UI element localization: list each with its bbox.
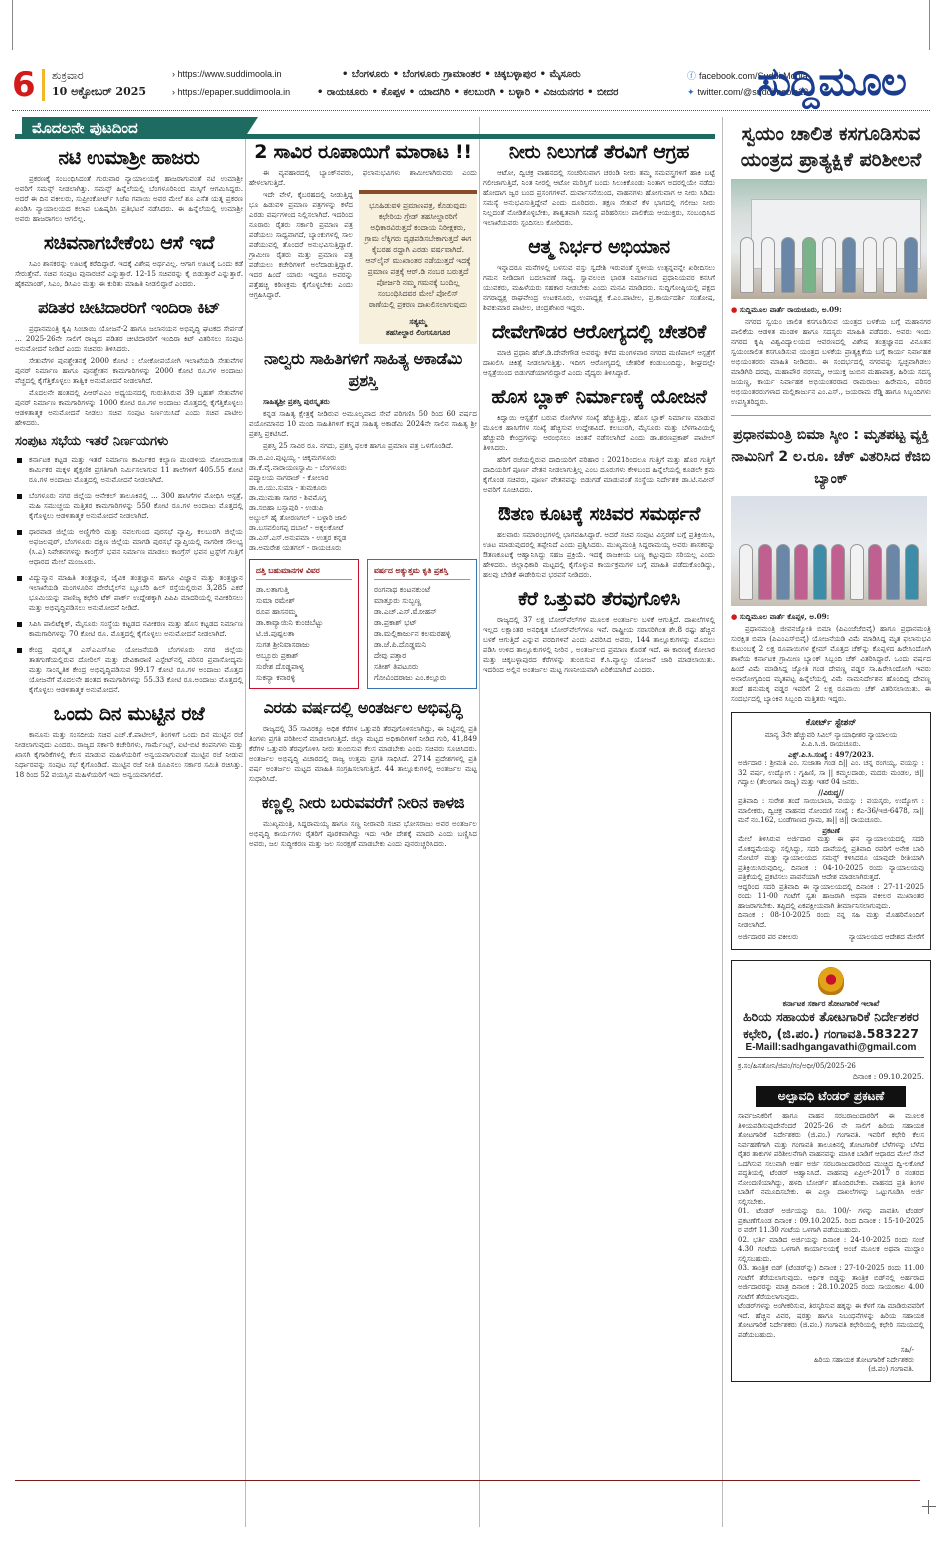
box-item: ಡಾ.ಕಾವ್ಯಾಯಿನಿ ಕುಂಚಿಬೆಟ್ಟು: [256, 617, 352, 628]
article-lake-encroachment: ಕೆರೆ ಒತ್ತುವರಿ ತೆರವುಗೊಳಿಸಿ ರಾಜ್ಯದಲ್ಲಿ 37 …: [483, 588, 715, 675]
column-1: ಮೊದಲನೇ ಪುಟದಿಂದ ನಟಿ ಉಮಾಶ್ರೀ ಹಾಜರು ಪ್ರಕರಣಕ…: [15, 117, 243, 782]
winner: ಡಾ.ಅಮರೇಶ ಯತಗಲ್ - ರಾಯಚೂರು: [249, 543, 477, 553]
edition-cities-row1: • ಬೆಂಗಳೂರು • ಬೆಂಗಳೂರು ಗ್ರಾಮಾಂತರ • ಚಿಕ್ಕಬ…: [342, 69, 581, 80]
masthead: 6 ಶುಕ್ರವಾರ 10 ಅಕ್ಟೋಬರ್ 2025 › https://ww…: [12, 65, 930, 105]
reference-number: ಕ್ರ.ಸಂ/ಹಿಸತೋನಿ/ಜಿಪಂ/ಗಂ/ಅಧೀ/05/2025-26: [738, 1062, 924, 1072]
box-item: ದೇವು ಪತ್ತಾರ: [374, 650, 470, 661]
section-band: ಮೊದಲನೇ ಪುಟದಿಂದ: [22, 117, 258, 139]
edition-cities-row2: • ರಾಯಚೂರು • ಕೊಪ್ಪಳ • ಯಾದಗಿರಿ • ಕಲಬುರಗಿ •…: [317, 87, 618, 98]
headline: ಒಂದು ದಿನ ಮುಟ್ಟಿನ ರಜೆ: [15, 703, 243, 725]
headline: ಹೊಸ ಬ್ಲಾಕ್ ನಿರ್ಮಾಣಕ್ಕೆ ಯೋಜನೆ: [483, 386, 715, 408]
respondent: ಪ್ರತಿವಾದಿ : ಸುರೇಶ ತಂದೆ ಸಾಯಿಬಾಬಾ, ವಯಸ್ಸು …: [738, 797, 924, 826]
article-body: ರಾಜ್ಯದಲ್ಲಿ 37 ಲಕ್ಷ ಬೋರ್‌ವೆಲ್‌ಗಳ ಮೂಲಕ ಅಂತ…: [483, 615, 715, 675]
notice-title: ಕೋರ್ಟ್ ಸ್ಟೇಶನ್: [738, 719, 924, 729]
article-body: ರಾಜ್ಯದಲ್ಲಿ 35 ಸಾವಿರಕ್ಕೂ ಅಧಿಕ ಕೆರೆಗಳ ಒತ್ತ…: [249, 724, 477, 784]
article-body: ಕಾನೂನು ಮತ್ತು ಸಂಸದೀಯ ಸಚಿವ ಎಚ್.ಕೆ.ಪಾಟೀಲ್, …: [15, 730, 243, 780]
subsection-heading: ಸಂಪುಟ ಸಭೆಯ ಇತರೆ ನಿರ್ಣಯಗಳು: [15, 434, 243, 449]
headline: 2 ಸಾವಿರ ರೂಪಾಯಿಗೆ ಮಾರಾಟ !!: [249, 141, 477, 163]
facebook-icon: ⓕ: [687, 71, 696, 81]
box-item: ಟಿ.ಜಿ.ಪುಷ್ಪಲತಾ: [256, 628, 352, 639]
court-notice: ಕೋರ್ಟ್ ಸ್ಟೇಶನ್ ಮಾನ್ಯ 3ನೇ ಹೆಚ್ಚುವರಿ ಸಿವಿಲ…: [731, 712, 931, 950]
bullet-item: ಸಿಪಿಸಿ ಪಾಲಿಟೆಕ್ನಿಕ್, ಮೈಸೂರು ಸಂಸ್ಥೆಯ ಕಟ್ಟ…: [15, 619, 243, 639]
signatory-office: (ಜಿ.ಪಂ) ಗಂಗಾವತಿ.: [738, 1365, 914, 1375]
divider: [731, 415, 931, 416]
article-body: ನಗರದ ಸ್ವಯಂ ಚಾಲಿತ ಕಸಗೂಡಿಸುವ ಯಂತ್ರದ ಬಳಕೆಯ …: [731, 317, 931, 407]
article-body: ಪ್ರಶಸ್ತಿ 25 ಸಾವಿರ ರೂ. ನಗದು, ಪ್ರಶಸ್ತಿ ಫಲಕ…: [249, 441, 477, 451]
article-body: ಕನ್ನಡ ಸಾಹಿತ್ಯ ಕ್ಷೇತ್ರಕ್ಕೆ ನೀಡಿರುವ ಅಮೂಲ್ಯ…: [249, 409, 477, 439]
winner: ಡಾ.ಬಿ.ಎಂ.ಪುಟ್ಟಯ್ಯ - ಚಿಕ್ಕಮಗಳೂರು: [249, 453, 477, 463]
winner-list: ಡಾ.ಬಿ.ಎಂ.ಪುಟ್ಟಯ್ಯ - ಚಿಕ್ಕಮಗಳೂರು ಡಾ.ಕೆ.ವೈ…: [249, 453, 477, 553]
box-item: ಗೋವಿಂದರಾಜು ಎಂ.ಕಲ್ಲೂರು: [374, 672, 470, 683]
notice-body: ಆದ್ದರಿಂದ ಸದರಿ ಪ್ರತಿವಾದಿ ಈ ನ್ಯಾಯಾಲಯದಲ್ಲಿ …: [738, 883, 924, 912]
winner: ಪದ್ಮಾಲಯ ನಾಗರಾಜ್ - ಕೋಲಾರ: [249, 473, 477, 483]
article-body: ಪ್ರಧಾನಮಂತ್ರಿ ಕೃಷಿ ಸಿಂಚಾಯಿ ಯೋಜನೆ-2 ಹಾಗೂ ಜ…: [15, 324, 243, 354]
bullet-item: ಬೆಂಗಳೂರು ನಗರ ಜಿಲ್ಲೆಯ ಆನೇಕಲ್ ತಾಲೂಕಿನಲ್ಲಿ …: [15, 491, 243, 521]
news-photo: [731, 179, 927, 299]
article-lead: ಈ ವ್ಯವಹಾರದಲ್ಲಿ ಬ್ಯಾಂಕ್‌ನವರು, ಫಲಾನುಭವಿಗಳು…: [249, 168, 477, 188]
endowment-awards-box: ದತ್ತಿ ಬಹುಮಾನಗಳ ವಿವರ ಡಾ.ಲತಾಗುತ್ತಿ ಸುಮಾ ರಮ…: [249, 559, 359, 689]
headline: ಎರಡು ವರ್ಷದಲ್ಲಿ ಅಂತರ್ಜಲ ಅಭಿವೃದ್ಧಿ: [249, 697, 477, 719]
signature-left: ಅರ್ಜಿದಾರರ ಪರ ವಕೀಲರು: [738, 933, 798, 943]
box-item: ಸುಗತ ಶ್ರೀನಿವಾಸರಾಜು: [256, 639, 352, 650]
box-item: ಸುರೇಶ ದೊಡ್ಡಪಾಳ್ಯ: [256, 661, 352, 672]
headline: ಪ್ರಧಾನಮಂತ್ರಿ ಬಿಮಾ ಸ್ಕೀಂ : ಮೃತಪಟ್ಟ ವ್ಯಕ್ತ…: [731, 424, 931, 490]
tender-notice: ಕರ್ನಾಟಕ ಸರ್ಕಾರ ತೋಟಗಾರಿಕೆ ಇಲಾಖೆ ಹಿರಿಯ ಸಹಾ…: [731, 960, 931, 1382]
notice-body: ಮೇಲೆ ತಿಳಿಸಿರುವ ಅರ್ಜಿದಾರ ಮತ್ತು ಈ ಘನ ನ್ಯಾಯ…: [738, 835, 924, 883]
winner: ಡಾ.ಕೆ.ವೈ.ನಾರಾಯಣಸ್ವಾಮಿ - ಬೆಂಗಳೂರು: [249, 463, 477, 473]
office-name: ಹಿರಿಯ ಸಹಾಯಕ ತೋಟಗಾರಿಕೆ ನಿರ್ದೇಶಕರ: [738, 1008, 924, 1025]
dateline: ● ಸುದ್ದಿಮೂಲ ವಾರ್ತೆ ರಾಯಚೂರು, ಅ.09:: [731, 305, 931, 315]
article-body: ಸೇತುವೆಗಳ ಪುನಶ್ಚೇತನಕ್ಕೆ 2000 ಕೋಟಿ : ಲೋಕೋಪ…: [15, 356, 243, 386]
article-body: ಪ್ರಧಾನಮಂತ್ರಿ ಜೀವನಜ್ಯೋತಿ ಬಿಮಾ (ಪಿಎಂಜೆಜೆಬಿ…: [731, 624, 931, 704]
people-image: [737, 538, 921, 600]
weekday: ಶುಕ್ರವಾರ: [52, 69, 84, 83]
signatory-title: ಹಿರಿಯ ಸಹಾಯಕ ತೋಟಗಾರಿಕೆ ನಿರ್ದೇಶಕರು: [738, 1356, 914, 1366]
headline: ನಟಿ ಉಮಾಶ್ರೀ ಹಾಜರು: [15, 147, 243, 169]
box-item: ಮಾತ್ತೂರು ಸುಬ್ಬಣ್ಣ: [374, 595, 470, 606]
box-item: ಡಾ.ಪ್ರಕಾಶ್ ಭಟ್: [374, 617, 470, 628]
winner: ಡಾ.ಬಿ.ಯು.ಸುಮಾ - ತುಮಕೂರು: [249, 483, 477, 493]
article-body: ಸಿಎಂ ಶಾಸಕರನ್ನು ಊಟಕ್ಕೆ ಕರೆದಿದ್ದಾರೆ. ಇದಕ್ಕ…: [15, 259, 243, 289]
article-body: ಇನ್ನಾದರೂ ಮನೆಗಳಲ್ಲಿ ಬಳಸುವ ವಸ್ತು ಸ್ವದೇಶಿ ಇ…: [483, 263, 715, 313]
karnataka-emblem-icon: [818, 967, 844, 995]
dateline: ● ಸುದ್ದಿಮೂಲ ವಾರ್ತೆ ಕೊಪ್ಪಳ, ಅ.09:: [731, 612, 931, 622]
article-minister-wish: ಸಚಿವನಾಗಬೇಕೆಂಬ ಆಸೆ ಇದೆ ಸಿಎಂ ಶಾಸಕರನ್ನು ಊಟಕ…: [15, 232, 243, 289]
box-item: ರೂಪ ಹಾಸನಮ್ಮ: [256, 606, 352, 617]
article-indira-kit: ಪಡಿತರ ಚೀಟಿದಾರರಿಗೆ ಇಂದಿರಾ ಕಿಟ್ ಪ್ರಧಾನಮಂತ್…: [15, 297, 243, 428]
column-divider: [722, 117, 723, 1527]
box-title: ದತ್ತಿ ಬಹುಮಾನಗಳ ವಿವರ: [256, 565, 352, 580]
twitter-icon: ✦: [687, 87, 695, 97]
winner: ಡಾ.ಬಸವಲಿಂಗಪ್ಪ ದಬಾಲೆ - ಅಕ್ಕಲಕೋಟೆ: [249, 523, 477, 533]
case-number: ಎಕ್ಸ್.ಪಿ.ಸಿ.ಸಂಖ್ಯೆ : 497/2023.: [738, 750, 924, 760]
headline: ದೇವೇಗೌಡರ ಆರೋಗ್ಯದಲ್ಲಿ ಚೇತರಿಕೆ: [483, 321, 715, 343]
article-sweeper-machine: ಸ್ವಯಂ ಚಾಲಿತ ಕಸಗೂಡಿಸುವ ಯಂತ್ರದ ಪ್ರಾತ್ಯಕ್ಷಿ…: [731, 121, 931, 407]
bullet-item: ಧಾರವಾಡ ಜಿಲ್ಲೆಯ ಅಣ್ಣಿಗೇರಿ ಮತ್ತು ನವಲಗುಂದ ಪ…: [15, 527, 243, 567]
tender-item: 03. ತಾಂತ್ರಿಕ ಬಿಡ್ (ಟೆಂಡರ್‌ನ್ನು) ದಿನಾಂಕ :…: [738, 1264, 924, 1302]
tender-footer: ಟೆಂಡರ್‌ಗಳನ್ನು ಅಂಗೀಕರಿಸುವ, ತಿರಸ್ಕರಿಸುವ ಹಕ…: [738, 1302, 924, 1340]
box-item: ರಂಗನಾಥ ಕಂಟನಕುಂಟೆ: [374, 584, 470, 595]
box-item: ಡಾ.ಲತಾಗುತ್ತಿ: [256, 584, 352, 595]
article-body: ಮೊದಲನೇ ಹಂತದಲ್ಲಿ ಪಿಆರ್‌ಎಎಂ ಅಧ್ಯಯನದಲ್ಲಿ ಗು…: [15, 388, 243, 428]
pull-quote-text: ಭೂಹಿಡುವಳಿ ಪ್ರಮಾಣಪತ್ರ, ಕೊಡುವುದು ಕಛೇರಿಯ ಗ್…: [364, 200, 472, 310]
newspaper-logo: ಸುದ್ದಿಮೂಲ: [757, 59, 906, 105]
headline: ಕಣ್ಣಲ್ಲಿ ನೀರು ಬರುವವರೆಗೆ ನೀರಿನ ಕಾಳಜಿ: [249, 792, 477, 814]
column-divider: [245, 117, 246, 1527]
column-divider: [479, 117, 480, 1527]
headline: ಸ್ವಯಂ ಚಾಲಿತ ಕಸಗೂಡಿಸುವ ಯಂತ್ರದ ಪ್ರಾತ್ಯಕ್ಷಿ…: [731, 121, 931, 173]
article-kicker: ಸಾಹಿತ್ಯಶ್ರೀ ಪ್ರಶಸ್ತಿ ಪುರಸ್ಕೃತರು: [249, 397, 477, 407]
winner: ಡಾ.ಮುಮತಾ ಸಾಗರ - ಶಿವಮೊಗ್ಗ: [249, 493, 477, 503]
box-item: ಸುಕನ್ಯಾ ಕನಾರಳ್ಳಿ: [256, 672, 352, 683]
page-trim-marks: [12, 0, 930, 50]
article-water-concern: ಕಣ್ಣಲ್ಲಿ ನೀರು ಬರುವವರೆಗೆ ನೀರಿನ ಕಾಳಜಿ ಮುಖ್…: [249, 792, 477, 849]
winner: ಅಬ್ದುಲ್ ಹೈ ತೋರಣಗಲ್ - ಬಳ್ಳಾರಿ ಜಾಲಿ: [249, 513, 477, 523]
article-sahitya-award: ನಾಲ್ವರು ಸಾಹಿತಿಗಳಿಗೆ ಸಾಹಿತ್ಯ ಅಕಾಡೆಮಿ ಪ್ರಶ…: [249, 348, 477, 689]
article-body: ಪ್ರಕರಣಕ್ಕೆ ಸಂಬಂಧಿಸಿದಂತೆ ಗುರುವಾರ ನ್ಯಾಯಾಲಯ…: [15, 174, 243, 224]
column-3: ನೀರು ನಿಲುಗಡೆ ತೆರವಿಗೆ ಆಗ್ರಹ ಆಟೋ, ದ್ವಿಚಕ್ರ…: [483, 117, 715, 677]
pull-quote-author: ಸತ್ಯಮ್ಮ: [364, 316, 472, 327]
headline: ನಾಲ್ವರು ಸಾಹಿತಿಗಳಿಗೆ ಸಾಹಿತ್ಯ ಅಕಾಡೆಮಿ ಪ್ರಶ…: [249, 348, 477, 392]
box-item: ಸತೀಶ್ ತಿಪಟೂರು: [374, 661, 470, 672]
petitioner: ಅರ್ಜಿದಾರ : ಶ್ರೀಮತಿ ಎಂ. ಸುಜಾತಾ ಗಂಡ ದಿ|| ಎ…: [738, 759, 924, 788]
article-water-logging: ನೀರು ನಿಲುಗಡೆ ತೆರವಿಗೆ ಆಗ್ರಹ ಆಟೋ, ದ್ವಿಚಕ್ರ…: [483, 141, 715, 228]
pull-quote-role: ತಹಸೀಲ್ದಾರ ಲಿಂಗಸೂಗೂರ: [364, 327, 472, 338]
pull-quote: ಭೂಹಿಡುವಳಿ ಪ್ರಮಾಣಪತ್ರ, ಕೊಡುವುದು ಕಛೇರಿಯ ಗ್…: [359, 190, 477, 344]
notice-date: ದಿನಾಂಕ : 09.10.2025.: [738, 1072, 924, 1082]
header-rule: [12, 110, 930, 111]
article-bima-cheque: ಪ್ರಧಾನಮಂತ್ರಿ ಬಿಮಾ ಸ್ಕೀಂ : ಮೃತಪಟ್ಟ ವ್ಯಕ್ತ…: [731, 424, 931, 704]
article-body: ಕಿದ್ವಾಯಿ ಆಸ್ಪತ್ರೆಗೆ ಬರುವ ರೋಗಿಗಳ ಸಂಖ್ಯೆ ಹ…: [483, 413, 715, 453]
article-atma-nirbhar: ಆತ್ಮ ನಿರ್ಭರ ಅಭಿಯಾನ ಇನ್ನಾದರೂ ಮನೆಗಳಲ್ಲಿ ಬಳ…: [483, 236, 715, 313]
winner: ಡಾ.ಎಸ್.ಎಸ್.ಅನುಪಮಾ - ಉತ್ತರ ಕನ್ನಡ: [249, 533, 477, 543]
page-number: 6: [12, 65, 36, 105]
notice-given: ದಿನಾಂಕ : 08-10-2025 ರಂದು ನನ್ನ ಸಹಿ ಮತ್ತು …: [738, 911, 924, 930]
bottom-rule: [15, 1480, 920, 1481]
box-title: ವರ್ಷದ ಅತ್ಯುತ್ತಮ ಕೃತಿ ಪ್ರಶಸ್ತಿ: [374, 565, 470, 580]
versus: //ವಿರುದ್ಧ//: [738, 788, 924, 798]
box-item: ಸುಮಾ ರಮೇಶ್: [256, 595, 352, 606]
winner: ಡಾ.ಸಬಿಹಾ ಬಸ್ಸಾಪುರಿ - ಉಡುಪಿ: [249, 503, 477, 513]
box-item: ಡಾ.ಮಲ್ಲಿಕಾರ್ಜುನ ಕಲಮರಹಳ್ಳಿ: [374, 628, 470, 639]
award-boxes: ದತ್ತಿ ಬಹುಮಾನಗಳ ವಿವರ ಡಾ.ಲತಾಗುತ್ತಿ ಸುಮಾ ರಮ…: [249, 559, 477, 689]
office-address: ಕಛೇರಿ, (ಜಿ.ಪಂ.) ಗಂಗಾವತಿ.583227: [738, 1025, 924, 1042]
court-name: ಮಾನ್ಯ 3ನೇ ಹೆಚ್ಚುವರಿ ಸಿವಿಲ್ ನ್ಯಾಯಾಧೀಶರ ನ್…: [738, 731, 924, 741]
people-image: [737, 231, 921, 293]
article-dinner-defense: ಔತಣ ಕೂಟಕ್ಕೆ ಸಚಿವರ ಸಮರ್ಥನೆ ಹಲವಾರು ಸಮಾರಂಭಗ…: [483, 503, 715, 580]
signature-right: ನ್ಯಾಯಾಲಯದ ಆದೇಶದ ಮೇರೆಗೆ: [849, 933, 924, 943]
headline: ನೀರು ನಿಲುಗಡೆ ತೆರವಿಗೆ ಆಗ್ರಹ: [483, 141, 715, 163]
issue-date: 10 ಅಕ್ಟೋಬರ್ 2025: [52, 85, 146, 99]
article-menstrual-leave: ಒಂದು ದಿನ ಮುಟ್ಟಿನ ರಜೆ ಕಾನೂನು ಮತ್ತು ಸಂಸದೀಯ…: [15, 703, 243, 780]
bullet-item: ವಿದ್ಯುನ್ಮಾನ ಮಾಹಿತಿ ತಂತ್ರಜ್ಞಾನ, ಜೈವಿಕ ತಂತ…: [15, 573, 243, 613]
office-email: E-Maill:sadhgangavathi@gmail.com: [738, 1042, 924, 1058]
tender-body: ಸಾರ್ವಜನಿಕರಿಗೆ ಹಾಗೂ ವಾಹನ ಸರಬರಾಜುದಾರರಿಗೆ ಈ…: [738, 1112, 924, 1207]
tender-item: 01. ಟೆಂಡರ್ ಅರ್ಜಿಯನ್ನು ರೂ. 100/- ಗಳನ್ನು ಪ…: [738, 1207, 924, 1236]
headline: ಔತಣ ಕೂಟಕ್ಕೆ ಸಚಿವರ ಸಮರ್ಥನೆ: [483, 503, 715, 525]
headline: ಆತ್ಮ ನಿರ್ಭರ ಅಭಿಯಾನ: [483, 236, 715, 258]
court-place: ಪಿ.ಪಿ.ಸಿ.ಜಿ. ರಾಯಚೂರು.: [738, 740, 924, 750]
article-body: ಮಾಜಿ ಪ್ರಧಾನಿ ಹೆಚ್.ಡಿ.ದೇವೇಗೌಡ ಅವರನ್ನು ಕಳೆ…: [483, 348, 715, 378]
epaper-link[interactable]: › https://epaper.suddimoola.in: [172, 87, 290, 97]
article-body: ಹಲವಾರು ಸಮಾರಂಭಗಳಲ್ಲಿ ಭಾಗವಹಿಸಿದ್ದಾರೆ. ಅದರೆ…: [483, 530, 715, 580]
article-body: ಮುಖ್ಯಮಂತ್ರಿ, ಸಿದ್ದರಾಮಯ್ಯ ಹಾಗೂ ಸಣ್ಣ ನೀರಾವ…: [249, 819, 477, 849]
headline: ಸಚಿವನಾಗಬೇಕೆಂಬ ಆಸೆ ಇದೆ: [15, 232, 243, 254]
bullet-item: ಕರ್ನಾಟಕ ಕಟ್ಟಡ ಮತ್ತು ಇತರೆ ನಿರ್ಮಾಣ ಕಾರ್ಮಿಕ…: [15, 455, 243, 485]
article-body: ಆಟೋ, ದ್ವಿಚಕ್ರ ವಾಹನದಲ್ಲಿ ಸಂಚರಿಸುವಾಗ ಚರಂಡಿ…: [483, 168, 715, 228]
signature: ಸಹಿ/-: [738, 1346, 914, 1356]
headline: ಕೆರೆ ಒತ್ತುವರಿ ತೆರವುಗೊಳಿಸಿ: [483, 588, 715, 610]
notice-subheading: ಪ್ರಕಟಣೆ: [738, 826, 924, 836]
article-new-block: ಹೊಸ ಬ್ಲಾಕ್ ನಿರ್ಮಾಣಕ್ಕೆ ಯೋಜನೆ ಕಿದ್ವಾಯಿ ಆಸ…: [483, 386, 715, 495]
article-body: ಹೆರಿಗೆ ರಜೆಯಲ್ಲಿರುವ ದಾದಿಯರಿಗೆ ಪರಿಹಾರ : 20…: [483, 455, 715, 495]
article-deve-gowda-health: ದೇವೇಗೌಡರ ಆರೋಗ್ಯದಲ್ಲಿ ಚೇತರಿಕೆ ಮಾಜಿ ಪ್ರಧಾನ…: [483, 321, 715, 378]
department: ಕರ್ನಾಟಕ ಸರ್ಕಾರ ತೋಟಗಾರಿಕೆ ಇಲಾಖೆ: [738, 999, 924, 1009]
column-2: 2 ಸಾವಿರ ರೂಪಾಯಿಗೆ ಮಾರಾಟ !! ಈ ವ್ಯವಹಾರದಲ್ಲಿ…: [249, 117, 477, 851]
headline: ಪಡಿತರ ಚೀಟಿದಾರರಿಗೆ ಇಂದಿರಾ ಕಿಟ್: [15, 297, 243, 319]
bullet-item: ಕೇಂದ್ರ ಪುರಸ್ಕೃತ ಎಸ್‌ಎಎಸ್‌ಸಿಐ ಯೋಜನೆಯಡಿ ಬೆ…: [15, 645, 243, 695]
divider: [42, 69, 45, 101]
best-book-award-box: ವರ್ಷದ ಅತ್ಯುತ್ತಮ ಕೃತಿ ಪ್ರಶಸ್ತಿ ರಂಗನಾಥ ಕಂಟ…: [367, 559, 477, 689]
news-photo: [731, 496, 927, 606]
tender-item: 02. ಭರ್ತಿ ಮಾಡಿದ ಅರ್ಜಿಯನ್ನು ದಿನಾಂಕ : 24-1…: [738, 1236, 924, 1265]
box-item: ಡಾ.ಎಚ್.ಎಸ್.ಮೋಹನ್: [374, 606, 470, 617]
website-link[interactable]: › https://www.suddimoola.in: [172, 69, 282, 79]
article-groundwater: ಎರಡು ವರ್ಷದಲ್ಲಿ ಅಂತರ್ಜಲ ಅಭಿವೃದ್ಧಿ ರಾಜ್ಯದಲ…: [249, 697, 477, 784]
article-umashree: ನಟಿ ಉಮಾಶ್ರೀ ಹಾಜರು ಪ್ರಕರಣಕ್ಕೆ ಸಂಬಂಧಿಸಿದಂತ…: [15, 147, 243, 224]
registration-mark-icon: [922, 1500, 936, 1514]
box-item: ಡಾ.ಜೆ.ಪಿ.ದೊಡ್ಡಮನಿ: [374, 639, 470, 650]
column-4: ಸ್ವಯಂ ಚಾಲಿತ ಕಸಗೂಡಿಸುವ ಯಂತ್ರದ ಪ್ರಾತ್ಯಕ್ಷಿ…: [731, 117, 931, 1382]
article-certificate-sale: 2 ಸಾವಿರ ರೂಪಾಯಿಗೆ ಮಾರಾಟ !! ಈ ವ್ಯವಹಾರದಲ್ಲಿ…: [249, 141, 477, 300]
box-item: ಅಬ್ಬೂರು ಪ್ರಕಾಶ್: [256, 650, 352, 661]
tender-banner: ಅಲ್ಪಾವಧಿ ಟೆಂಡರ್ ಪ್ರಕಟಣೆ: [756, 1086, 906, 1107]
